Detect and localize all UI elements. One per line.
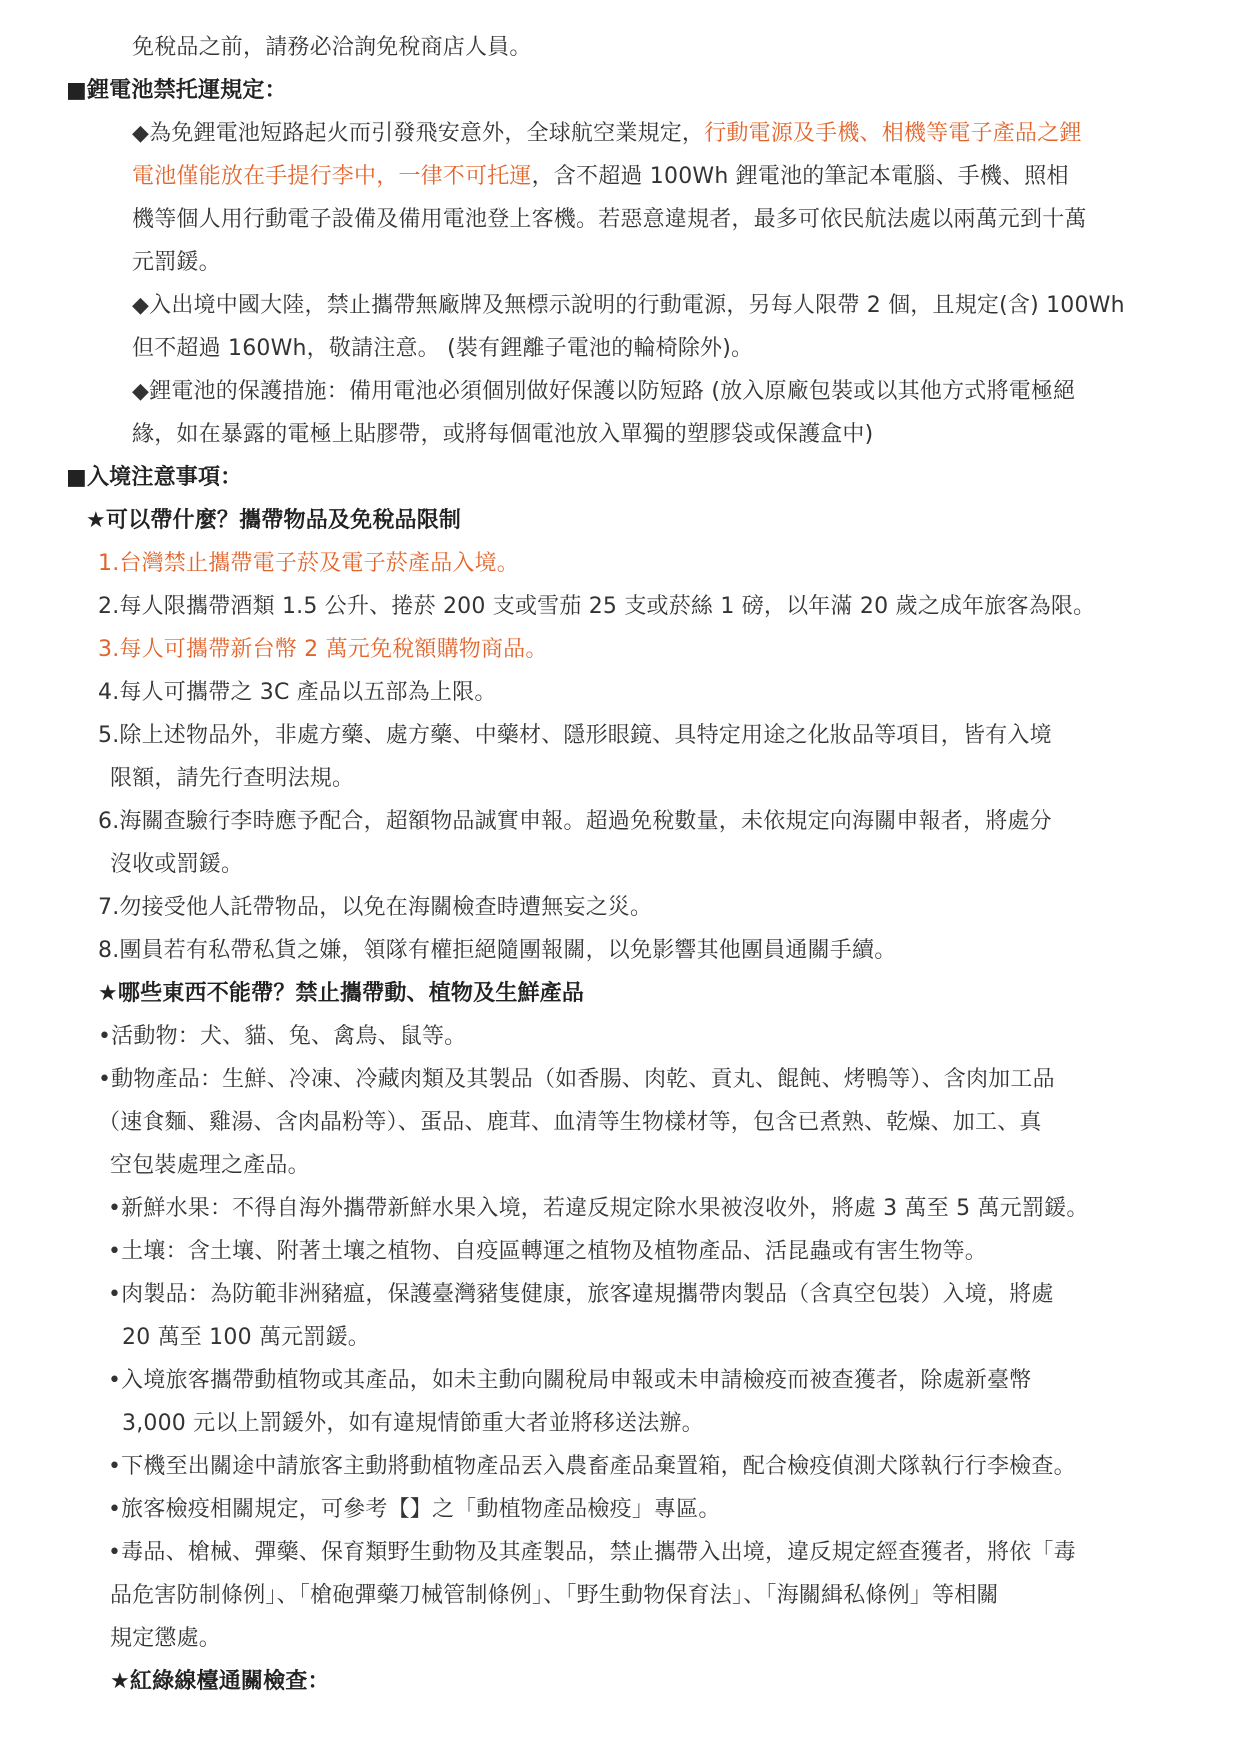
section-heading: ★紅綠線檯通關檢查： bbox=[110, 1667, 330, 1697]
highlighted-text: 1.台灣禁止攜帶電子菸及電子菸產品入境。 bbox=[98, 551, 519, 576]
text-segment: •肉製品：為防範非洲豬瘟，保護臺灣豬隻健康，旅客違規攜帶肉製品（含真空包裝）入境… bbox=[108, 1282, 1054, 1307]
text-line: 緣，如在暴露的電極上貼膠帶，或將每個電池放入單獨的塑膠袋或保護盒中) bbox=[132, 420, 873, 450]
text-segment: ★紅綠線檯通關檢查： bbox=[110, 1669, 330, 1694]
text-line: 20 萬至 100 萬元罰鍰。 bbox=[122, 1323, 370, 1353]
text-segment: 沒收或罰鍰。 bbox=[110, 852, 243, 877]
text-segment: •下機至出關途中請旅客主動將動植物產品丟入農畜產品棄置箱，配合檢疫偵測犬隊執行行… bbox=[108, 1454, 1076, 1479]
text-segment: ★哪些東西不能帶？禁止攜帶動、植物及生鮮產品 bbox=[98, 981, 584, 1006]
text-segment: •毒品、槍械、彈藥、保育類野生動物及其產製品，禁止攜帶入出境，違反規定經查獲者，… bbox=[108, 1540, 1076, 1565]
text-line: 3,000 元以上罰鍰外，如有違規情節重大者並將移送法辦。 bbox=[122, 1409, 704, 1439]
text-segment: 3,000 元以上罰鍰外，如有違規情節重大者並將移送法辦。 bbox=[122, 1411, 704, 1436]
text-line: 空包裝處理之產品。 bbox=[110, 1151, 310, 1181]
text-line: 免稅品之前，請務必洽詢免稅商店人員。 bbox=[132, 33, 532, 63]
text-line: 品危害防制條例」、「槍砲彈藥刀械管制條例」、「野生動物保育法」、「海關緝私條例」… bbox=[110, 1581, 999, 1611]
text-line: •活動物：犬、貓、兔、禽鳥、鼠等。 bbox=[98, 1022, 466, 1052]
text-segment: ◆為免鋰電池短路起火而引發飛安意外，全球航空業規定， bbox=[132, 121, 704, 146]
text-line: 但不超過 160Wh，敬請注意。 (裝有鋰離子電池的輪椅除外)。 bbox=[132, 334, 753, 364]
text-segment: 限額，請先行查明法規。 bbox=[110, 766, 354, 791]
text-line: •肉製品：為防範非洲豬瘟，保護臺灣豬隻健康，旅客違規攜帶肉製品（含真空包裝）入境… bbox=[108, 1280, 1054, 1310]
text-segment: ，含不超過 100Wh 鋰電池的筆記本電腦、手機、照相 bbox=[532, 164, 1069, 189]
section-heading: ★可以帶什麼？攜帶物品及免稅品限制 bbox=[86, 506, 461, 536]
text-segment: 但不超過 160Wh，敬請注意。 (裝有鋰離子電池的輪椅除外)。 bbox=[132, 336, 753, 361]
text-line: 電池僅能放在手提行李中，一律不可托運，含不超過 100Wh 鋰電池的筆記本電腦、… bbox=[132, 162, 1069, 192]
text-segment: •新鮮水果：不得自海外攜帶新鮮水果入境，若違反規定除水果被沒收外，將處 3 萬至… bbox=[108, 1196, 1089, 1221]
highlighted-text: 3.每人可攜帶新台幣 2 萬元免稅額購物商品。 bbox=[98, 637, 548, 662]
text-segment: 8.團員若有私帶私貨之嫌，領隊有權拒絕隨團報關，以免影響其他團員通關手續。 bbox=[98, 938, 896, 963]
text-segment: （速食麵、雞湯、含肉晶粉等）、蛋品、鹿茸、血清等生物樣材等，包含已煮熟、乾燥、加… bbox=[98, 1110, 1042, 1135]
section-heading: ■入境注意事項： bbox=[66, 463, 242, 493]
text-line: •土壤：含土壤、附著土壤之植物、自疫區轉運之植物及植物產品、活昆蟲或有害生物等。 bbox=[108, 1237, 987, 1267]
text-line: 限額，請先行查明法規。 bbox=[110, 764, 354, 794]
text-segment: ★可以帶什麼？攜帶物品及免稅品限制 bbox=[86, 508, 461, 533]
section-heading: ■鋰電池禁托運規定： bbox=[66, 76, 287, 106]
text-line: 4.每人可攜帶之 3C 產品以五部為上限。 bbox=[98, 678, 497, 708]
text-line: 3.每人可攜帶新台幣 2 萬元免稅額購物商品。 bbox=[98, 635, 548, 665]
text-line: •毒品、槍械、彈藥、保育類野生動物及其產製品，禁止攜帶入出境，違反規定經查獲者，… bbox=[108, 1538, 1076, 1568]
text-segment: •旅客檢疫相關規定，可參考【】之「動植物產品檢疫」專區。 bbox=[108, 1497, 721, 1522]
text-line: 元罰鍰。 bbox=[132, 248, 221, 278]
highlighted-text: 電池僅能放在手提行李中，一律不可托運 bbox=[132, 164, 532, 189]
text-line: 2.每人限攜帶酒類 1.5 公升、捲菸 200 支或雪茄 25 支或菸絲 1 磅… bbox=[98, 592, 1095, 622]
text-segment: 空包裝處理之產品。 bbox=[110, 1153, 310, 1178]
text-segment: 7.勿接受他人託帶物品，以免在海關檢查時遭無妄之災。 bbox=[98, 895, 652, 920]
text-segment: 20 萬至 100 萬元罰鍰。 bbox=[122, 1325, 370, 1350]
text-line: 規定懲處。 bbox=[110, 1624, 221, 1654]
text-segment: 機等個人用行動電子設備及備用電池登上客機。若惡意違規者，最多可依民航法處以兩萬元… bbox=[132, 207, 1087, 232]
text-segment: 4.每人可攜帶之 3C 產品以五部為上限。 bbox=[98, 680, 497, 705]
text-line: 7.勿接受他人託帶物品，以免在海關檢查時遭無妄之災。 bbox=[98, 893, 652, 923]
text-segment: •活動物：犬、貓、兔、禽鳥、鼠等。 bbox=[98, 1024, 466, 1049]
highlighted-text: 行動電源及手機、相機等電子產品之鋰 bbox=[704, 121, 1081, 146]
text-segment: 品危害防制條例」、「槍砲彈藥刀械管制條例」、「野生動物保育法」、「海關緝私條例」… bbox=[110, 1583, 999, 1608]
text-line: ◆鋰電池的保護措施：備用電池必須個別做好保護以防短路 (放入原廠包裝或以其他方式… bbox=[132, 377, 1075, 407]
text-segment: 規定懲處。 bbox=[110, 1626, 221, 1651]
text-segment: ◆鋰電池的保護措施：備用電池必須個別做好保護以防短路 (放入原廠包裝或以其他方式… bbox=[132, 379, 1075, 404]
text-line: 6.海關查驗行李時應予配合，超額物品誠實申報。超過免稅數量，未依規定向海關申報者… bbox=[98, 807, 1052, 837]
text-line: 5.除上述物品外，非處方藥、處方藥、中藥材、隱形眼鏡、具特定用途之化妝品等項目，… bbox=[98, 721, 1052, 751]
text-line: 1.台灣禁止攜帶電子菸及電子菸產品入境。 bbox=[98, 549, 519, 579]
text-segment: 6.海關查驗行李時應予配合，超額物品誠實申報。超過免稅數量，未依規定向海關申報者… bbox=[98, 809, 1052, 834]
text-line: 沒收或罰鍰。 bbox=[110, 850, 243, 880]
section-heading: ★哪些東西不能帶？禁止攜帶動、植物及生鮮產品 bbox=[98, 979, 584, 1009]
text-segment: ■入境注意事項： bbox=[66, 465, 242, 490]
text-line: •下機至出關途中請旅客主動將動植物產品丟入農畜產品棄置箱，配合檢疫偵測犬隊執行行… bbox=[108, 1452, 1076, 1482]
text-line: ◆入出境中國大陸，禁止攜帶無廠牌及無標示說明的行動電源，另每人限帶 2 個，且規… bbox=[132, 291, 1125, 321]
text-segment: 元罰鍰。 bbox=[132, 250, 221, 275]
text-line: 8.團員若有私帶私貨之嫌，領隊有權拒絕隨團報關，以免影響其他團員通關手續。 bbox=[98, 936, 896, 966]
text-line: •動物產品：生鮮、冷凍、冷藏肉類及其製品（如香腸、肉乾、貢丸、餛飩、烤鴨等）、含… bbox=[98, 1065, 1055, 1095]
text-segment: ■鋰電池禁托運規定： bbox=[66, 78, 287, 103]
text-line: （速食麵、雞湯、含肉晶粉等）、蛋品、鹿茸、血清等生物樣材等，包含已煮熟、乾燥、加… bbox=[98, 1108, 1042, 1138]
text-segment: •動物產品：生鮮、冷凍、冷藏肉類及其製品（如香腸、肉乾、貢丸、餛飩、烤鴨等）、含… bbox=[98, 1067, 1055, 1092]
text-segment: 免稅品之前，請務必洽詢免稅商店人員。 bbox=[132, 35, 532, 60]
text-line: •新鮮水果：不得自海外攜帶新鮮水果入境，若違反規定除水果被沒收外，將處 3 萬至… bbox=[108, 1194, 1089, 1224]
text-segment: 緣，如在暴露的電極上貼膠帶，或將每個電池放入單獨的塑膠袋或保護盒中) bbox=[132, 422, 873, 447]
text-segment: •入境旅客攜帶動植物或其產品，如未主動向關稅局申報或未申請檢疫而被查獲者，除處新… bbox=[108, 1368, 1031, 1393]
text-line: •旅客檢疫相關規定，可參考【】之「動植物產品檢疫」專區。 bbox=[108, 1495, 721, 1525]
text-segment: 2.每人限攜帶酒類 1.5 公升、捲菸 200 支或雪茄 25 支或菸絲 1 磅… bbox=[98, 594, 1095, 619]
text-segment: 5.除上述物品外，非處方藥、處方藥、中藥材、隱形眼鏡、具特定用途之化妝品等項目，… bbox=[98, 723, 1052, 748]
text-line: ◆為免鋰電池短路起火而引發飛安意外，全球航空業規定，行動電源及手機、相機等電子產… bbox=[132, 119, 1082, 149]
text-segment: •土壤：含土壤、附著土壤之植物、自疫區轉運之植物及植物產品、活昆蟲或有害生物等。 bbox=[108, 1239, 987, 1264]
text-segment: ◆入出境中國大陸，禁止攜帶無廠牌及無標示說明的行動電源，另每人限帶 2 個，且規… bbox=[132, 293, 1125, 318]
text-line: •入境旅客攜帶動植物或其產品，如未主動向關稅局申報或未申請檢疫而被查獲者，除處新… bbox=[108, 1366, 1031, 1396]
text-line: 機等個人用行動電子設備及備用電池登上客機。若惡意違規者，最多可依民航法處以兩萬元… bbox=[132, 205, 1087, 235]
